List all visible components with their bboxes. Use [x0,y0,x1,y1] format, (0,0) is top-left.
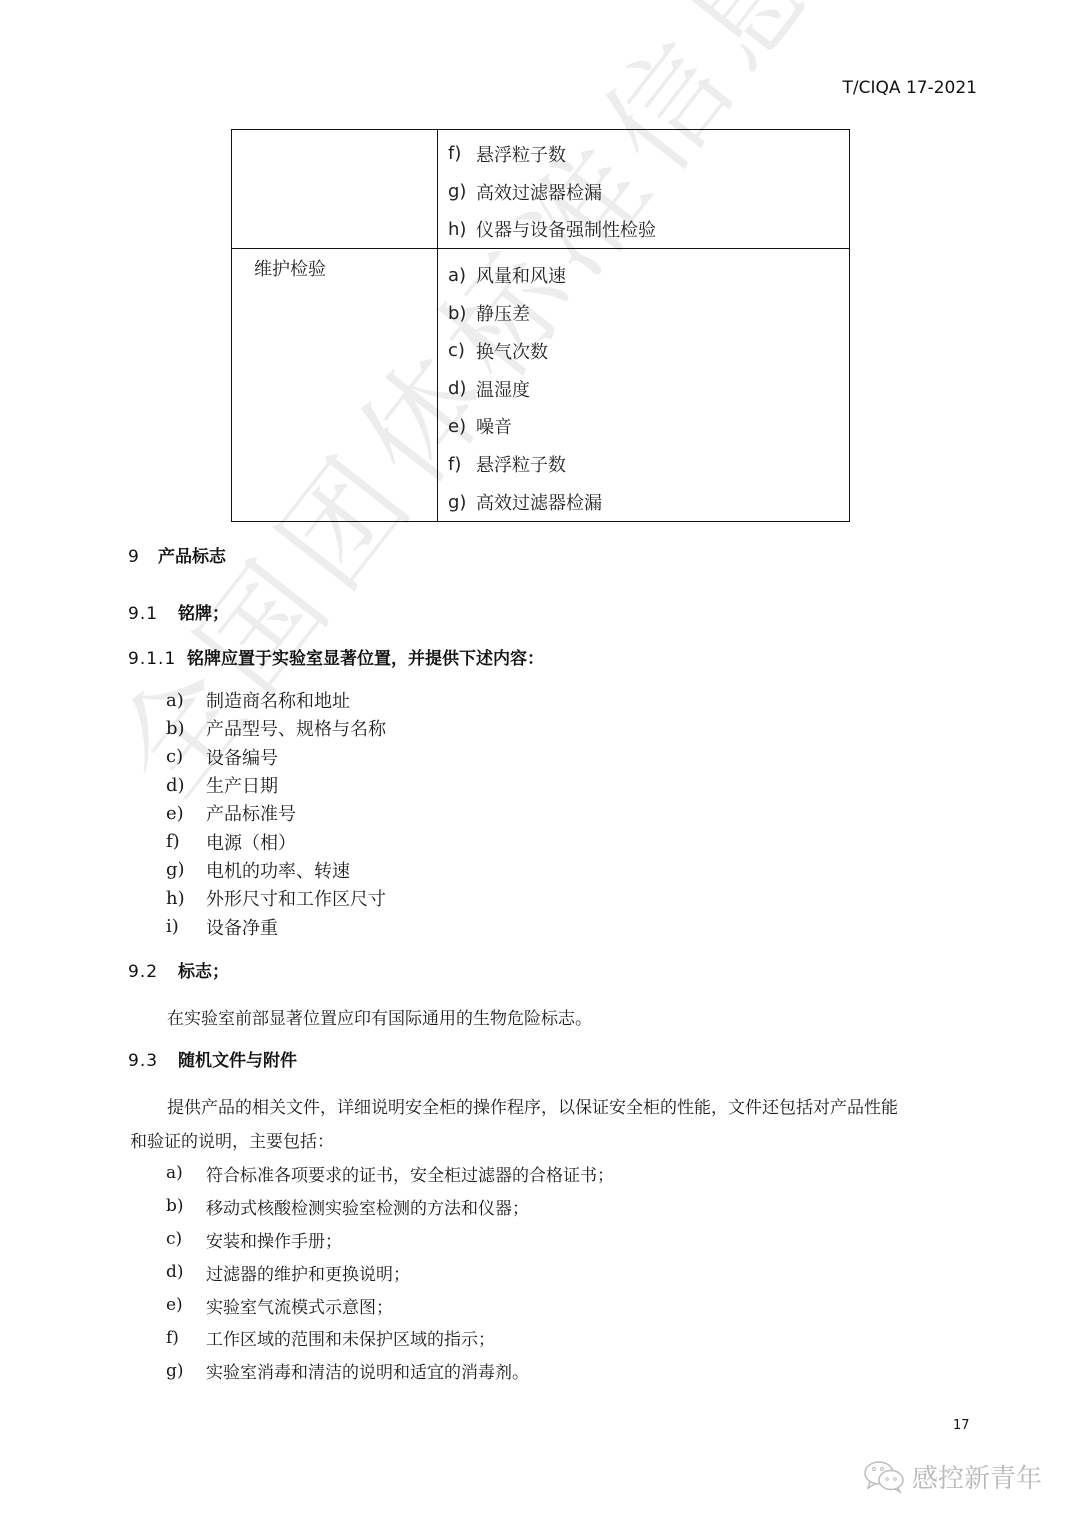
table-row: 维护检验 a)风量和风速 b)静压差 c)换气次数 d)温湿度 e)噪音 f)悬… [232,249,850,522]
list-item: a)风量和风速 [438,256,849,294]
table-cell-items: f)悬浮粒子数 g)高效过滤器检漏 h)仪器与设备强制性检验 [438,130,850,249]
list-item: h)仪器与设备强制性检验 [438,211,849,249]
list-item: d)过滤器的维护和更换说明； [166,1256,614,1289]
list-item: d)温湿度 [438,370,849,408]
list-item: f)电源（相） [166,827,386,855]
section-heading-9-1-1: 9.1.1铭牌应置于实验室显著位置，并提供下述内容： [128,644,544,669]
section-heading-9-2: 9.2标志； [128,957,229,982]
section-heading-9-3: 9.3随机文件与附件 [128,1046,297,1071]
inspection-table: f)悬浮粒子数 g)高效过滤器检漏 h)仪器与设备强制性检验 维护检验 a)风量… [231,129,850,522]
list-item: h)外形尺寸和工作区尺寸 [166,884,386,912]
table-row: f)悬浮粒子数 g)高效过滤器检漏 h)仪器与设备强制性检验 [232,130,850,249]
nameplate-content-list: a)制造商名称和地址 b)产品型号、规格与名称 c)设备编号 d)生产日期 e)… [166,686,386,941]
list-item: e)产品标准号 [166,799,386,827]
list-item: c)安装和操作手册； [166,1223,614,1256]
list-item: a)制造商名称和地址 [166,686,386,714]
list-item: g)高效过滤器检漏 [438,483,849,521]
wechat-account-name: 感控新青年 [912,1458,1042,1495]
section-9-2-text: 在实验室前部显著位置应印有国际通用的生物危险标志。 [167,1004,592,1029]
list-item: f)悬浮粒子数 [438,135,849,173]
document-list: a)符合标准各项要求的证书，安全柜过滤器的合格证书； b)移动式核酸检测实验室检… [166,1157,614,1387]
table-cell-items: a)风量和风速 b)静压差 c)换气次数 d)温湿度 e)噪音 f)悬浮粒子数 … [438,249,850,522]
section-9-3-para-line1: 提供产品的相关文件，详细说明安全柜的操作程序，以保证安全柜的性能，文件还包括对产… [167,1093,898,1118]
list-item: a)符合标准各项要求的证书，安全柜过滤器的合格证书； [166,1157,614,1190]
list-item: g)电机的功率、转速 [166,856,386,884]
wechat-account-watermark: 感控新青年 [862,1458,1042,1495]
section-9-3-para-line2: 和验证的说明，主要包括： [130,1127,334,1152]
list-item: g)实验室消毒和清洁的说明和适宜的消毒剂。 [166,1354,614,1387]
list-item: c)换气次数 [438,332,849,370]
list-item: g)高效过滤器检漏 [438,173,849,211]
list-item: f)工作区域的范围和未保护区域的指示； [166,1321,614,1354]
standard-code: T/CIQA 17-2021 [843,78,977,98]
section-heading-9: 9产品标志 [128,542,226,567]
list-item: b)移动式核酸检测实验室检测的方法和仪器； [166,1190,614,1223]
table-cell-category [232,130,438,249]
table-cell-category: 维护检验 [232,249,438,522]
page-number: 17 [953,1418,970,1433]
section-heading-9-1: 9.1铭牌； [128,599,229,624]
list-item: b)产品型号、规格与名称 [166,714,386,742]
list-item: e)噪音 [438,408,849,446]
list-item: b)静压差 [438,294,849,332]
list-item: e)实验室气流模式示意图； [166,1289,614,1322]
category-maintenance-inspection: 维护检验 [232,249,437,281]
list-item: f)悬浮粒子数 [438,445,849,483]
wechat-icon [862,1460,908,1494]
list-item: c)设备编号 [166,743,386,771]
list-item: i)设备净重 [166,912,386,940]
list-item: d)生产日期 [166,771,386,799]
